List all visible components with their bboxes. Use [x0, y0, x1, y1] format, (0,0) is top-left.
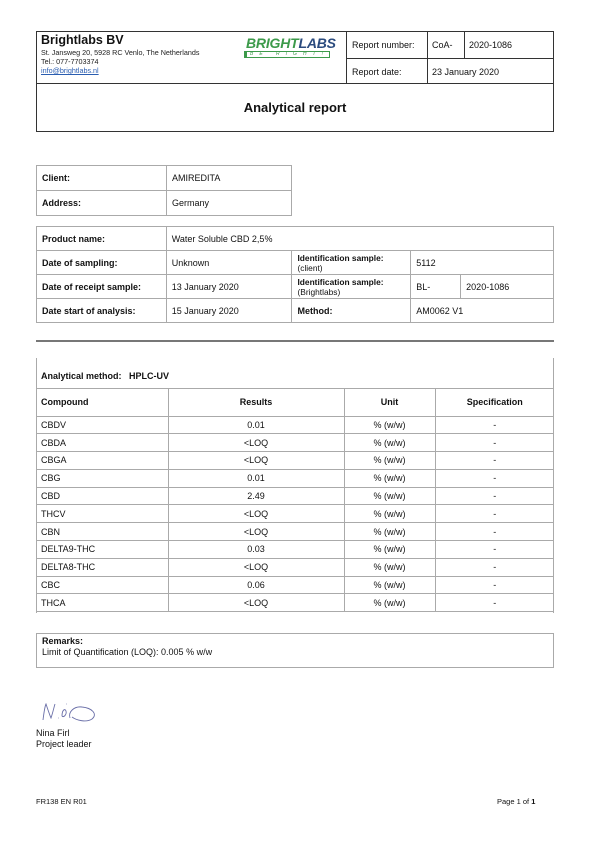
form-code: FR138 EN R01: [36, 797, 87, 806]
client-row: Client: AMIREDITA: [37, 166, 292, 191]
unit-cell: % (w/w): [344, 505, 435, 523]
unit-cell: % (w/w): [344, 541, 435, 559]
analysis-start-value: 15 January 2020: [166, 299, 292, 323]
id-lab-prefix: BL-: [411, 275, 461, 299]
column-header-compound: Compound: [36, 388, 168, 416]
result-cell: 0.06: [168, 576, 344, 594]
company-block: Brightlabs BV St. Jansweg 20, 5928 RC Ve…: [37, 32, 347, 84]
receipt-value: 13 January 2020: [166, 275, 292, 299]
compound-cell: CBGA: [36, 452, 168, 470]
remarks-box: Remarks: Limit of Quantification (LOQ): …: [36, 633, 554, 668]
sampling-label: Date of sampling:: [37, 251, 167, 275]
analytical-method-row: Analytical method: HPLC-UV: [36, 364, 554, 388]
report-number-label: Report number:: [352, 40, 415, 50]
results-header-row: Compound Results Unit Specification: [36, 388, 554, 416]
specification-cell: -: [435, 452, 554, 470]
results-row: CBGA<LOQ% (w/w)-: [36, 452, 554, 470]
analysis-start-label: Date start of analysis:: [37, 299, 167, 323]
unit-cell: % (w/w): [344, 576, 435, 594]
compound-cell: DELTA8-THC: [36, 558, 168, 576]
product-table: Product name: Water Soluble CBD 2,5% Dat…: [36, 226, 554, 323]
unit-cell: % (w/w): [344, 434, 435, 452]
sampling-row: Date of sampling: Unknown Identification…: [37, 251, 554, 275]
result-cell: <LOQ: [168, 558, 344, 576]
result-cell: <LOQ: [168, 452, 344, 470]
result-cell: <LOQ: [168, 523, 344, 541]
product-name-row: Product name: Water Soluble CBD 2,5%: [37, 227, 554, 251]
column-header-results: Results: [168, 388, 344, 416]
results-row: THCV<LOQ% (w/w)-: [36, 505, 554, 523]
specification-cell: -: [435, 469, 554, 487]
address-label: Address:: [37, 191, 167, 216]
id-client-label: Identification sample:(client): [292, 251, 411, 275]
specification-cell: -: [435, 487, 554, 505]
report-date-value: 23 January 2020: [432, 67, 499, 77]
specification-cell: -: [435, 558, 554, 576]
unit-cell: % (w/w): [344, 416, 435, 434]
results-row: CBD2.49% (w/w)-: [36, 487, 554, 505]
specification-cell: -: [435, 434, 554, 452]
results-row: CBDA<LOQ% (w/w)-: [36, 434, 554, 452]
company-address: St. Jansweg 20, 5928 RC Venlo, The Nethe…: [41, 48, 200, 57]
id-lab-value: 2020-1086: [461, 275, 554, 299]
result-cell: 2.49: [168, 487, 344, 505]
result-cell: <LOQ: [168, 505, 344, 523]
analytical-method: Analytical method: HPLC-UV: [36, 364, 554, 388]
client-label: Client:: [37, 166, 167, 191]
compound-cell: CBN: [36, 523, 168, 541]
specification-cell: -: [435, 416, 554, 434]
id-lab-label: Identification sample:(Brightlabs): [292, 275, 411, 299]
result-cell: 0.01: [168, 469, 344, 487]
page-title: Analytical report: [37, 100, 553, 115]
result-cell: 0.03: [168, 541, 344, 559]
divider: [464, 32, 465, 59]
specification-cell: -: [435, 594, 554, 612]
receipt-label: Date of receipt sample:: [37, 275, 167, 299]
specification-cell: -: [435, 541, 554, 559]
report-date-label: Report date:: [352, 67, 402, 77]
report-meta: Report number: CoA- 2020-1086 Report dat…: [347, 32, 553, 84]
remarks-title: Remarks:: [42, 636, 548, 647]
company-email-link[interactable]: info@brightlabs.nl: [41, 66, 200, 75]
company-name: Brightlabs BV: [41, 33, 124, 47]
report-header: Brightlabs BV St. Jansweg 20, 5928 RC Ve…: [36, 31, 554, 132]
compound-cell: CBD: [36, 487, 168, 505]
unit-cell: % (w/w): [344, 487, 435, 505]
unit-cell: % (w/w): [344, 558, 435, 576]
logo-tagline: BE RIGHT!: [250, 51, 329, 57]
results-row: CBN<LOQ% (w/w)-: [36, 523, 554, 541]
method-value: AM0062 V1: [411, 299, 554, 323]
column-header-specification: Specification: [435, 388, 554, 416]
results-row: CBG0.01% (w/w)-: [36, 469, 554, 487]
signature-image: [40, 698, 102, 726]
compound-cell: CBC: [36, 576, 168, 594]
specification-cell: -: [435, 505, 554, 523]
results-row: DELTA9-THC0.03% (w/w)-: [36, 541, 554, 559]
results-table: Analytical method: HPLC-UV Compound Resu…: [36, 364, 554, 612]
company-phone: Tel.: 077-7703374: [41, 57, 200, 66]
client-table: Client: AMIREDITA Address: Germany: [36, 165, 292, 216]
specification-cell: -: [435, 576, 554, 594]
client-value: AMIREDITA: [167, 166, 292, 191]
specification-cell: -: [435, 523, 554, 541]
address-row: Address: Germany: [37, 191, 292, 216]
receipt-row: Date of receipt sample: 13 January 2020 …: [37, 275, 554, 299]
logo-wordmark: BRIGHTLABS: [246, 35, 336, 51]
signatory-role: Project leader: [36, 739, 92, 750]
result-cell: 0.01: [168, 416, 344, 434]
brightlabs-logo: BRIGHTLABS BE RIGHT!: [244, 35, 332, 63]
unit-cell: % (w/w): [344, 452, 435, 470]
product-name-label: Product name:: [37, 227, 167, 251]
column-header-unit: Unit: [344, 388, 435, 416]
results-row: THCA<LOQ% (w/w)-: [36, 594, 554, 612]
address-value: Germany: [167, 191, 292, 216]
compound-cell: CBG: [36, 469, 168, 487]
id-client-value: 5112: [411, 251, 554, 275]
section-divider: [36, 340, 554, 342]
sampling-value: Unknown: [166, 251, 292, 275]
unit-cell: % (w/w): [344, 594, 435, 612]
report-number-prefix: CoA-: [432, 40, 453, 50]
results-row: DELTA8-THC<LOQ% (w/w)-: [36, 558, 554, 576]
method-label: Method:: [292, 299, 411, 323]
divider: [427, 32, 428, 84]
unit-cell: % (w/w): [344, 469, 435, 487]
remarks-text: Limit of Quantification (LOQ): 0.005 % w…: [42, 647, 548, 658]
analysis-start-row: Date start of analysis: 15 January 2020 …: [37, 299, 554, 323]
result-cell: <LOQ: [168, 594, 344, 612]
page-number: Page 1 of 1: [497, 797, 535, 806]
compound-cell: CBDV: [36, 416, 168, 434]
signatory: Nina Firl Project leader: [36, 728, 92, 750]
compound-cell: THCA: [36, 594, 168, 612]
compound-cell: THCV: [36, 505, 168, 523]
compound-cell: CBDA: [36, 434, 168, 452]
signatory-name: Nina Firl: [36, 728, 92, 739]
result-cell: <LOQ: [168, 434, 344, 452]
product-name-value: Water Soluble CBD 2,5%: [166, 227, 553, 251]
report-number-value: 2020-1086: [469, 40, 512, 50]
results-row: CBC0.06% (w/w)-: [36, 576, 554, 594]
company-contact: St. Jansweg 20, 5928 RC Venlo, The Nethe…: [41, 48, 200, 75]
compound-cell: DELTA9-THC: [36, 541, 168, 559]
unit-cell: % (w/w): [344, 523, 435, 541]
results-row: CBDV0.01% (w/w)-: [36, 416, 554, 434]
